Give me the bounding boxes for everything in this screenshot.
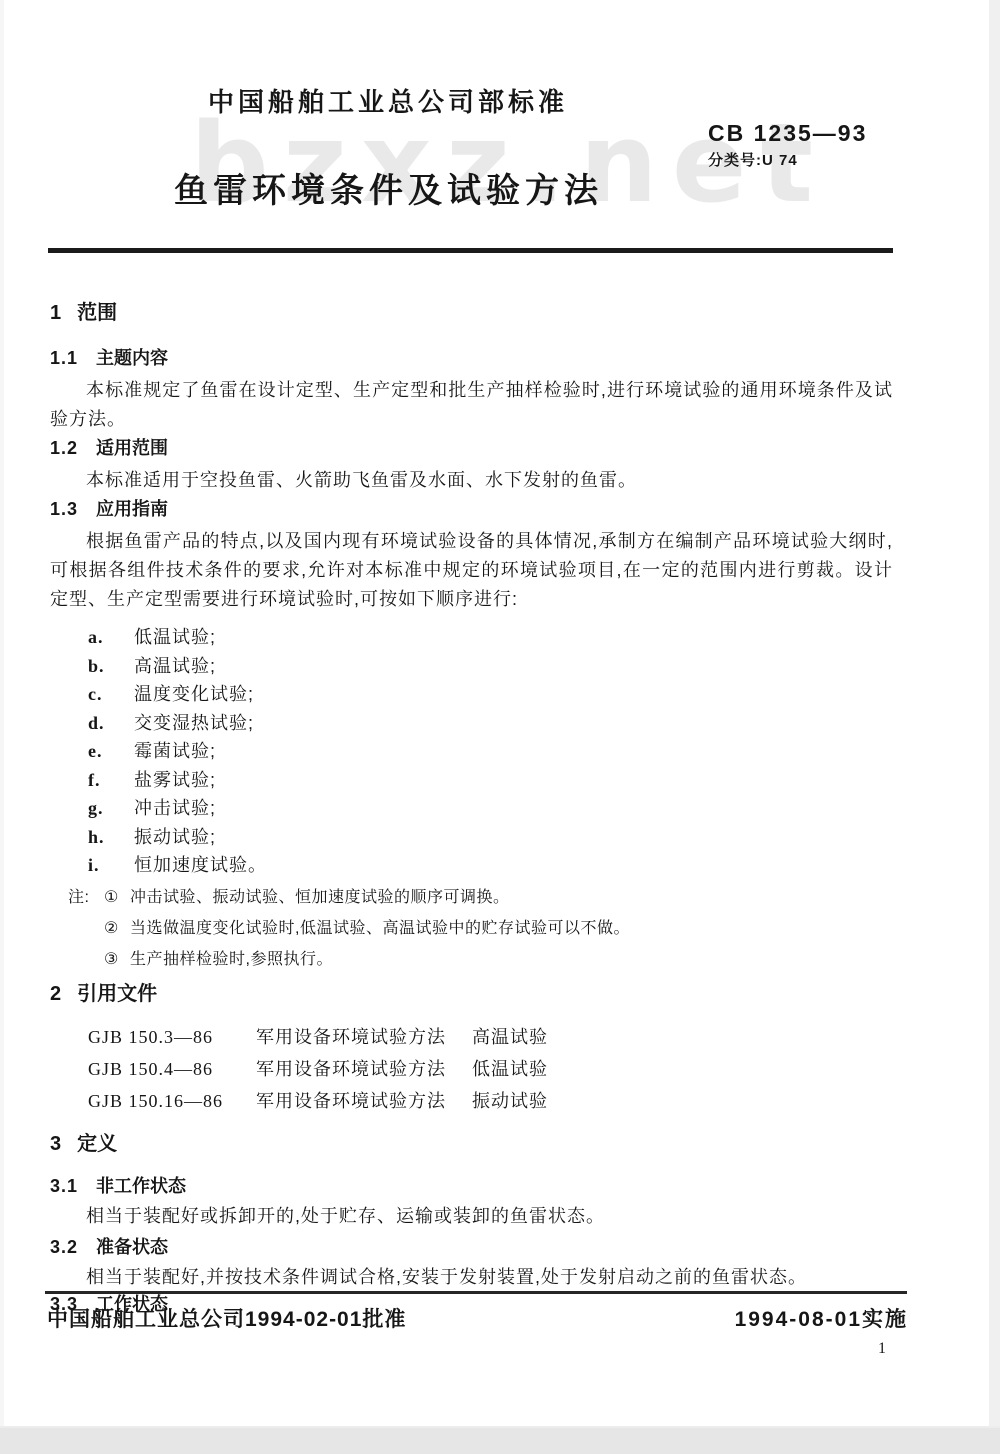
list-item: h.振动试验; [50,823,893,852]
subsection-heading-1-1: 1.1主题内容 [50,346,893,371]
section-number: 1 [50,302,61,324]
header-rule [48,248,893,253]
subsection-title: 适用范围 [96,438,168,458]
footer-implementation-text: 1994-08-01实施 [735,1303,908,1333]
scan-edge-bottom [0,1426,1000,1454]
note-marker: ① [104,882,130,913]
list-text: 冲击试验; [134,794,216,823]
note-marker: ③ [104,944,130,975]
list-text: 交变湿热试验; [134,709,254,738]
section-number: 2 [50,983,61,1005]
standard-number-block: CB 1235—93 分类号:U 74 [708,120,867,170]
list-marker: i. [88,851,134,880]
subsection-number: 1.2 [50,438,78,458]
section-title: 范围 [77,302,117,324]
paragraph-3-2: 相当于装配好,并按技术条件调试合格,安装于发射装置,处于发射启动之前的鱼雷状态。 [50,1263,893,1292]
list-text: 高温试验; [134,652,216,681]
footer-rule [45,1291,907,1294]
footer-approval-text: 中国船舶工业总公司1994-02-01批准 [47,1303,406,1333]
note-item: 注: ② 当选做温度变化试验时,低温试验、高温试验中的贮存试验可以不做。 [50,913,893,944]
list-item: c.温度变化试验; [50,680,893,709]
reference-name: 军用设备环境试验方法 [256,1085,446,1117]
subsection-heading-1-2: 1.2适用范围 [50,436,893,461]
standard-number: CB 1235—93 [708,120,867,147]
reference-subject: 低温试验 [472,1053,548,1085]
list-marker: d. [88,709,134,738]
reference-item: GJB 150.3—86 军用设备环境试验方法 高温试验 [88,1021,893,1053]
note-text: 当选做温度变化试验时,低温试验、高温试验中的贮存试验可以不做。 [130,913,630,944]
section-heading-scope: 1范围 [50,300,893,326]
scan-edge-left [0,0,4,1454]
note-item: 注: ③ 生产抽样检验时,参照执行。 [50,944,893,975]
references-list: GJB 150.3—86 军用设备环境试验方法 高温试验 GJB 150.4—8… [50,1021,893,1117]
document-title: 鱼雷环境条件及试验方法 [174,163,603,212]
list-item: i.恒加速度试验。 [50,851,893,880]
list-item: g.冲击试验; [50,794,893,823]
section-title: 定义 [77,1133,117,1155]
document-body: 1范围 1.1主题内容 本标准规定了鱼雷在设计定型、生产定型和批生产抽样检验时,… [50,292,893,1317]
subsection-number: 1.1 [50,348,78,368]
section-heading-definitions: 3定义 [50,1131,893,1157]
section-heading-references: 2引用文件 [50,981,893,1007]
list-item: d.交变湿热试验; [50,709,893,738]
list-text: 低温试验; [134,623,216,652]
paragraph-3-1: 相当于装配好或拆卸开的,处于贮存、运输或装卸的鱼雷状态。 [50,1202,893,1231]
reference-subject: 振动试验 [472,1085,548,1117]
reference-item: GJB 150.16—86 军用设备环境试验方法 振动试验 [88,1085,893,1117]
subsection-number: 3.1 [50,1176,78,1196]
reference-code: GJB 150.16—86 [88,1085,256,1117]
notes-block: 注: ① 冲击试验、振动试验、恒加速度试验的顺序可调换。 注: ② 当选做温度变… [50,882,893,975]
subsection-number: 1.3 [50,499,78,519]
test-sequence-list: a.低温试验; b.高温试验; c.温度变化试验; d.交变湿热试验; e.霉菌… [50,623,893,880]
note-item: 注: ① 冲击试验、振动试验、恒加速度试验的顺序可调换。 [50,882,893,913]
reference-name: 军用设备环境试验方法 [256,1053,446,1085]
list-text: 恒加速度试验。 [134,851,267,880]
list-item: f.盐雾试验; [50,766,893,795]
list-marker: e. [88,737,134,766]
note-marker: ② [104,913,130,944]
reference-code: GJB 150.4—86 [88,1053,256,1085]
page-number: 1 [878,1340,886,1358]
list-text: 盐雾试验; [134,766,216,795]
reference-name: 军用设备环境试验方法 [256,1021,446,1053]
list-marker: a. [88,623,134,652]
list-marker: c. [88,680,134,709]
scan-edge-right [989,0,1000,1454]
list-marker: g. [88,794,134,823]
classification-number: 分类号:U 74 [708,149,867,170]
subsection-title: 应用指南 [96,499,168,519]
subsection-number: 3.2 [50,1237,78,1257]
list-marker: f. [88,766,134,795]
subsection-heading-3-2: 3.2准备状态 [50,1235,893,1260]
list-text: 温度变化试验; [134,680,254,709]
subsection-title: 非工作状态 [96,1176,186,1196]
list-item: a.低温试验; [50,623,893,652]
reference-code: GJB 150.3—86 [88,1021,256,1053]
note-text: 冲击试验、振动试验、恒加速度试验的顺序可调换。 [130,882,510,913]
standard-org-title: 中国船舶工业总公司部标准 [208,82,568,119]
list-marker: h. [88,823,134,852]
list-item: e.霉菌试验; [50,737,893,766]
reference-subject: 高温试验 [472,1021,548,1053]
section-number: 3 [50,1133,61,1155]
note-text: 生产抽样检验时,参照执行。 [130,944,333,975]
paragraph-1-1: 本标准规定了鱼雷在设计定型、生产定型和批生产抽样检验时,进行环境试验的通用环境条… [50,376,893,434]
note-label: 注: [68,882,104,913]
paragraph-1-3: 根据鱼雷产品的特点,以及国内现有环境试验设备的具体情况,承制方在编制产品环境试验… [50,527,893,614]
list-marker: b. [88,652,134,681]
list-item: b.高温试验; [50,652,893,681]
document-page: bzxz.net 中国船舶工业总公司部标准 CB 1235—93 分类号:U 7… [0,0,1000,1454]
subsection-title: 主题内容 [96,348,168,368]
list-text: 霉菌试验; [134,737,216,766]
subsection-heading-3-1: 3.1非工作状态 [50,1174,893,1199]
section-title: 引用文件 [77,983,157,1005]
subsection-heading-1-3: 1.3应用指南 [50,497,893,522]
subsection-title: 准备状态 [96,1237,168,1257]
reference-item: GJB 150.4—86 军用设备环境试验方法 低温试验 [88,1053,893,1085]
list-text: 振动试验; [134,823,216,852]
paragraph-1-2: 本标准适用于空投鱼雷、火箭助飞鱼雷及水面、水下发射的鱼雷。 [50,466,893,495]
